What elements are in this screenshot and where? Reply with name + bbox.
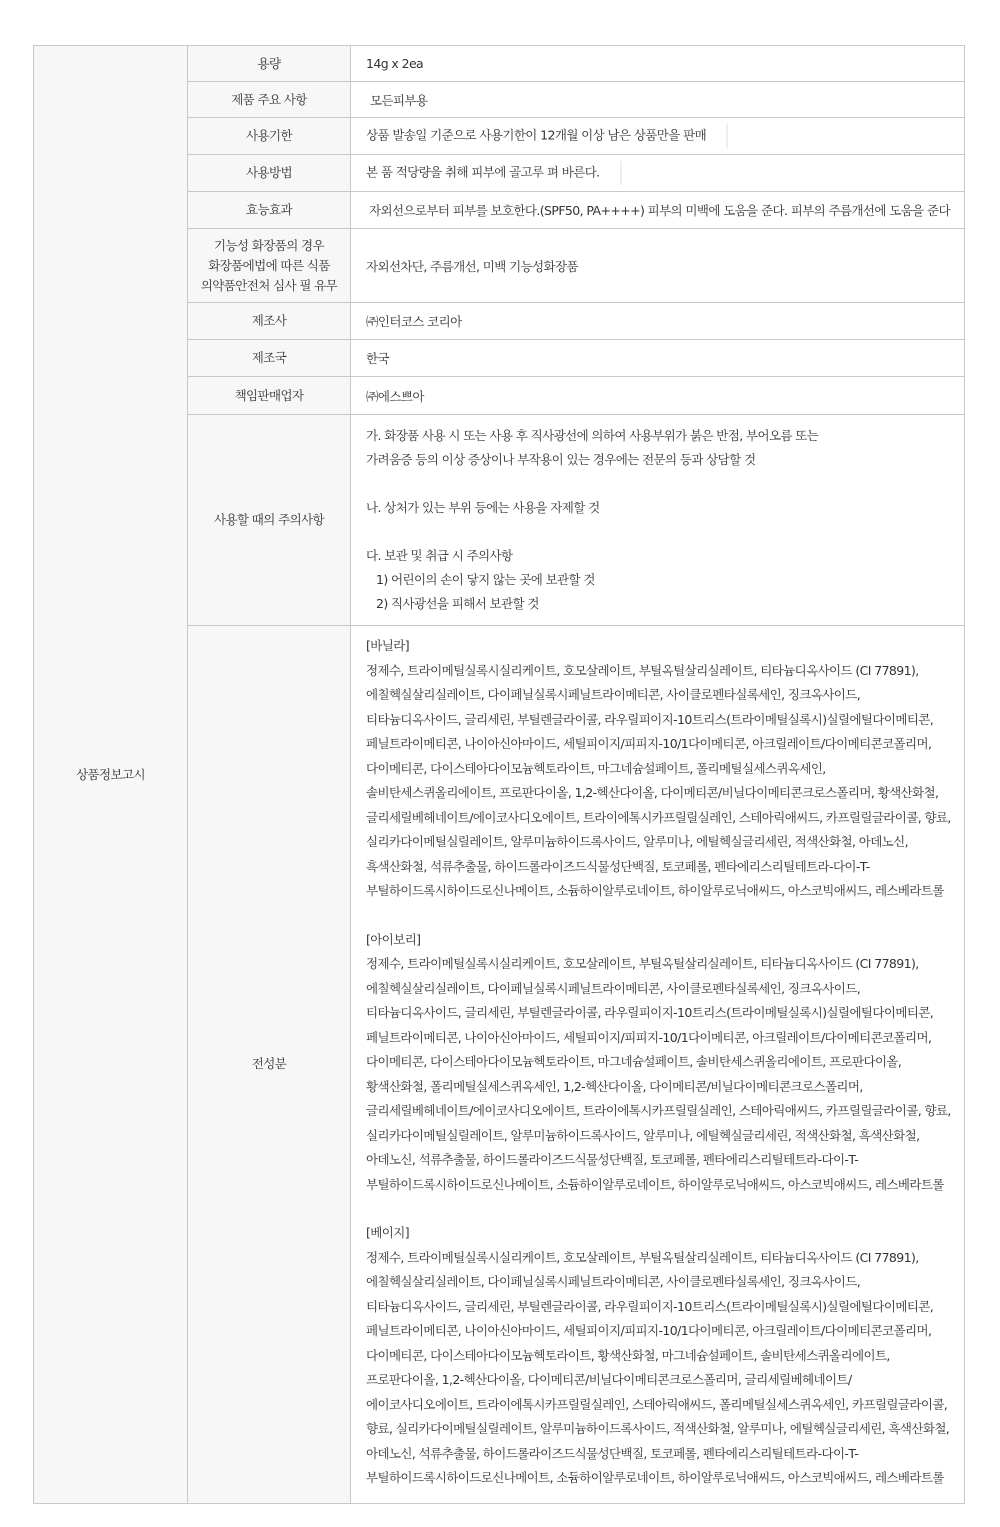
label-usage: 사용방법 <box>188 155 351 192</box>
label-country: 제조국 <box>188 340 351 377</box>
divider-mark <box>726 124 728 148</box>
value-manufacturer: ㈜인터코스 코리아 <box>351 303 965 340</box>
precaution-c2: 2) 직사광선을 피해서 보관할 것 <box>366 592 964 616</box>
label-seller: 책임판매업자 <box>188 377 351 415</box>
row-volume: 상품정보고시 용량 14g x 2ea <box>34 46 965 82</box>
precaution-a-line1: 가. 화장품 사용 시 또는 사용 후 직사광선에 의하여 사용부위가 붉은 반… <box>366 424 964 448</box>
value-ingredients: [바닐라] 정제수, 트라이메틸실록시실리케이트, 호모살레이트, 부틸옥틸살리… <box>351 626 965 1504</box>
ingredients-vanilla: [바닐라] 정제수, 트라이메틸실록시실리케이트, 호모살레이트, 부틸옥틸살리… <box>366 634 956 904</box>
label-volume: 용량 <box>188 46 351 82</box>
divider-mark <box>620 161 622 185</box>
value-volume: 14g x 2ea <box>351 46 965 82</box>
precaution-c: 다. 보관 및 취급 시 주의사항 <box>366 544 964 568</box>
label-precautions: 사용할 때의 주의사항 <box>188 415 351 626</box>
ingredients-vanilla-title: [바닐라] <box>366 634 956 659</box>
ingredients-vanilla-text: 정제수, 트라이메틸실록시실리케이트, 호모살레이트, 부틸옥틸살리실레이트, … <box>366 659 956 904</box>
product-info-table: 상품정보고시 용량 14g x 2ea 제품 주요 사항 모든피부용 사용기한 … <box>33 45 965 1504</box>
label-expiry: 사용기한 <box>188 118 351 155</box>
value-country: 한국 <box>351 340 965 377</box>
value-efficacy: 자외선으로부터 피부를 보호한다.(SPF50, PA++++) 피부의 미백에… <box>351 192 965 229</box>
ingredients-beige: [베이지] 정제수, 트라이메틸실록시실리케이트, 호모살레이트, 부틸옥틸살리… <box>366 1221 956 1491</box>
label-functional-line: 의약품안전처 심사 필 유무 <box>188 276 350 296</box>
value-usage: 본 품 적당량을 취해 피부에 골고루 펴 바른다. <box>366 165 600 180</box>
ingredients-beige-text: 정제수, 트라이메틸실록시실리케이트, 호모살레이트, 부틸옥틸살리실레이트, … <box>366 1246 956 1491</box>
group-label: 상품정보고시 <box>34 46 188 1504</box>
spacer <box>366 472 964 496</box>
value-main-spec: 모든피부용 <box>351 82 965 118</box>
label-functional-line: 화장품에법에 따른 식품 <box>188 256 350 276</box>
label-functional: 기능성 화장품의 경우 화장품에법에 따른 식품 의약품안전처 심사 필 유무 <box>188 229 351 303</box>
value-usage-cell: 본 품 적당량을 취해 피부에 골고루 펴 바른다. <box>351 155 965 192</box>
label-efficacy: 효능효과 <box>188 192 351 229</box>
value-expiry-cell: 상품 발송일 기준으로 사용기한이 12개월 이상 남은 상품만을 판매 <box>351 118 965 155</box>
label-manufacturer: 제조사 <box>188 303 351 340</box>
ingredients-ivory-title: [아이보리] <box>366 928 956 953</box>
ingredients-beige-title: [베이지] <box>366 1221 956 1246</box>
label-ingredients: 전성분 <box>188 626 351 1504</box>
value-precautions: 가. 화장품 사용 시 또는 사용 후 직사광선에 의하여 사용부위가 붉은 반… <box>351 415 965 626</box>
value-expiry: 상품 발송일 기준으로 사용기한이 12개월 이상 남은 상품만을 판매 <box>366 128 706 143</box>
ingredients-ivory-text: 정제수, 트라이메틸실록시실리케이트, 호모살레이트, 부틸옥틸살리실레이트, … <box>366 952 956 1197</box>
label-main-spec: 제품 주요 사항 <box>188 82 351 118</box>
precaution-a-line2: 가려움증 등의 이상 증상이나 부작용이 있는 경우에는 전문의 등과 상담할 … <box>366 448 964 472</box>
precaution-c1: 1) 어린이의 손이 닿지 않는 곳에 보관할 것 <box>366 568 964 592</box>
precaution-b: 나. 상처가 있는 부위 등에는 사용을 자제할 것 <box>366 496 964 520</box>
ingredients-ivory: [아이보리] 정제수, 트라이메틸실록시실리케이트, 호모살레이트, 부틸옥틸살… <box>366 928 956 1198</box>
value-seller: ㈜에스쁘아 <box>351 377 965 415</box>
label-functional-line: 기능성 화장품의 경우 <box>188 236 350 256</box>
spacer <box>366 520 964 544</box>
value-functional: 자외선차단, 주름개선, 미백 기능성화장품 <box>351 229 965 303</box>
